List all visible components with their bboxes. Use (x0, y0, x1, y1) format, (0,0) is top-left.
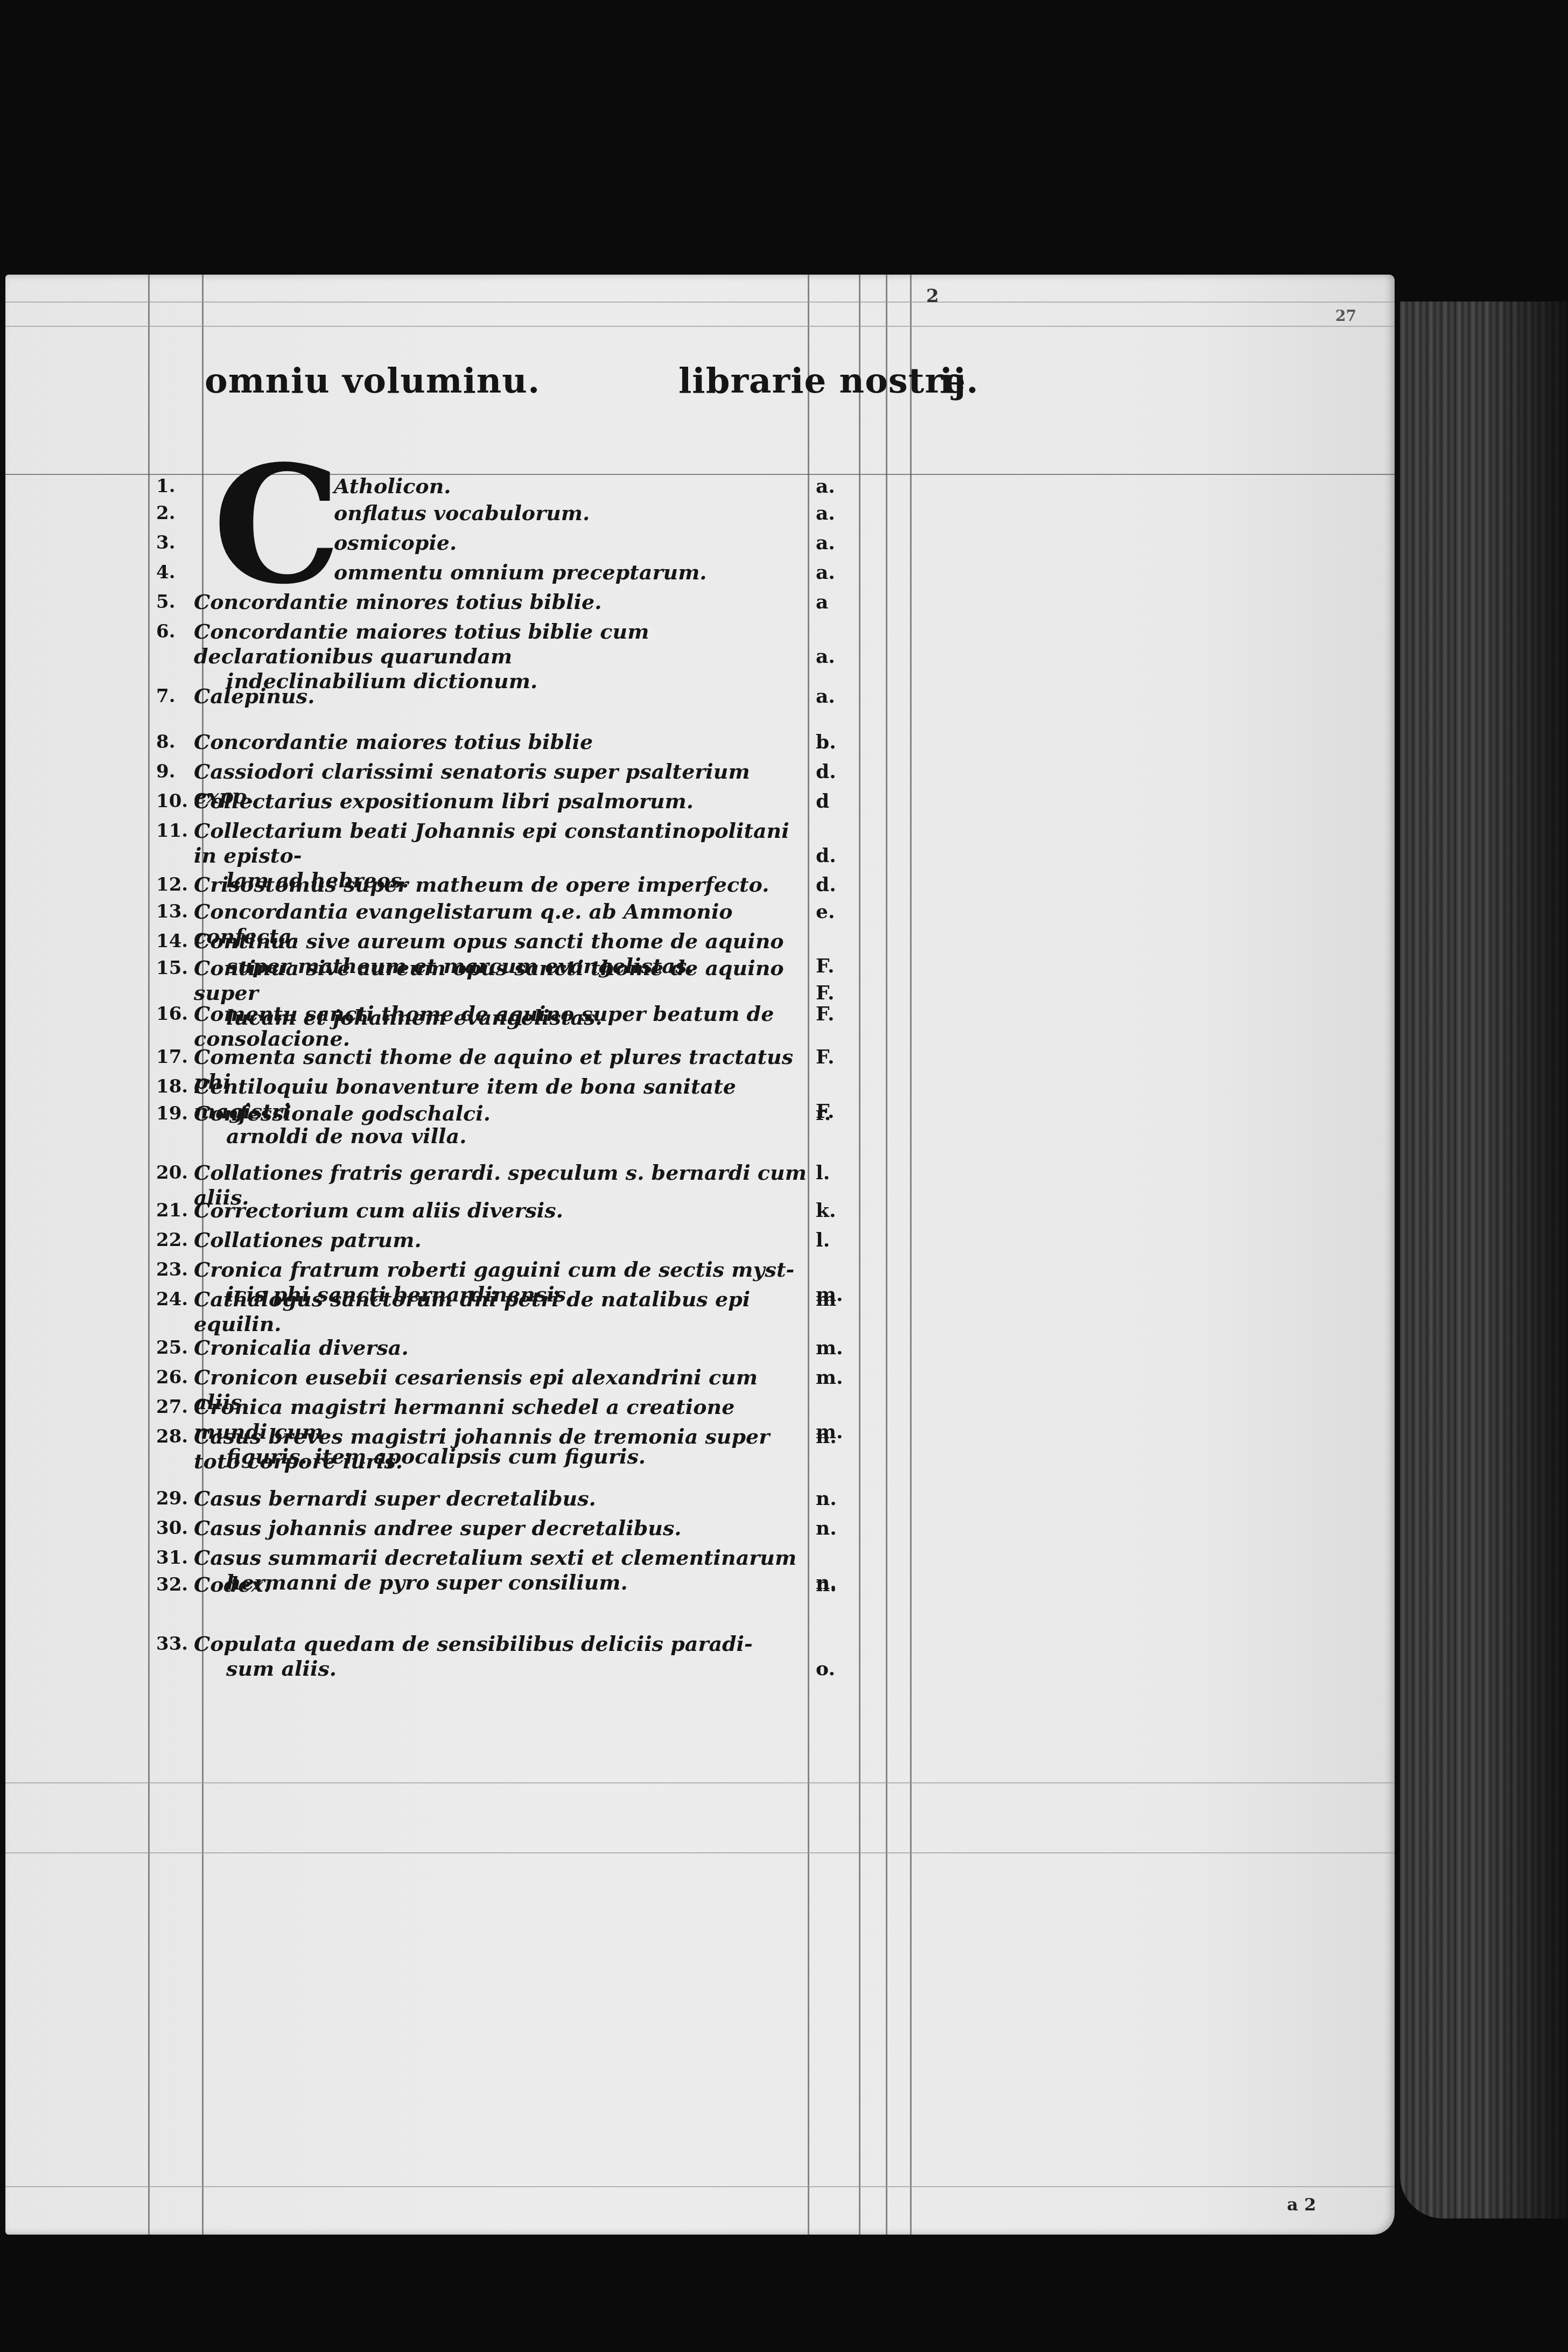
entry-number: 17. (156, 1045, 194, 1069)
entry-title-line: Comentu sancti thome de aquino super bea… (194, 1002, 774, 1051)
ruling-far-right-1 (886, 275, 887, 2235)
entry-title: Collationes patrum. (194, 1228, 813, 1252)
entry-title-line: Continua sive aureum opus sancti thome d… (194, 956, 784, 1005)
shelf-mark: a. (816, 474, 859, 499)
entry-title-line: Casus johannis andree super decretalibus… (194, 1516, 682, 1540)
entry-title: Concordantie maiores totius biblie cum d… (194, 619, 813, 694)
entry-title-line: Copulata quedam de sensibilibus deliciis… (194, 1632, 753, 1656)
entry-number: 6. (156, 619, 194, 644)
ruling-bottom-1 (5, 1782, 1395, 1783)
entry-title: Collectarius expositionum libri psalmoru… (194, 789, 813, 814)
entry-title-continuation: sum aliis. (194, 1656, 813, 1681)
entry-number: 26. (156, 1365, 194, 1390)
shelf-mark: r. (816, 1101, 859, 1126)
entry-title: Crisostomus super matheum de opere imper… (194, 872, 813, 897)
entry-number: 14. (156, 929, 194, 954)
entry-title-line: Correctorium cum aliis diversis. (194, 1198, 563, 1222)
entry-number: 10. (156, 789, 194, 814)
entry-title: Cathalogus sanctorum dni petri de natali… (194, 1287, 813, 1336)
shelf-mark: o. (816, 1656, 859, 1681)
entry-number: 28. (156, 1424, 194, 1449)
entry-title: osmicopie. (334, 530, 818, 555)
shelf-mark: F. (816, 954, 859, 978)
entry-number: 20. (156, 1160, 194, 1185)
entry-title: Casus bernardi super decretalibus. (194, 1486, 813, 1511)
shelf-mark: m. (816, 1335, 859, 1360)
shelf-mark: m (816, 1287, 859, 1312)
shelf-mark: l. (816, 1160, 859, 1185)
entry-title: Cronicalia diversa. (194, 1335, 813, 1360)
entry-number: 3. (156, 530, 194, 555)
entry-title-line: Concordantie minores totius biblie. (194, 590, 601, 614)
shelf-mark: e. (816, 899, 859, 924)
entry-title-line: Collectarius expositionum libri psalmoru… (194, 789, 694, 813)
entry-title: Codex. (194, 1572, 813, 1597)
entry-number: 9. (156, 759, 194, 784)
entry-title-line: osmicopie. (334, 530, 457, 555)
shelf-mark: k. (816, 1198, 859, 1223)
header-right: librarie nostre (678, 361, 966, 401)
entry-number: 15. (156, 956, 194, 981)
entry-number: 12. (156, 872, 194, 897)
shelf-mark: b. (816, 730, 859, 754)
shelf-mark: a. (816, 684, 859, 709)
shelf-mark: a. (816, 501, 859, 526)
entry-title: Comentu sancti thome de aquino super bea… (194, 1002, 813, 1051)
ruling-top-2 (5, 326, 1395, 327)
entry-number: 24. (156, 1287, 194, 1312)
entry-title-line: Continua sive aureum opus sancti thome d… (194, 929, 784, 953)
shelf-mark: l. (816, 1228, 859, 1252)
entry-title-line: Casus bernardi super decretalibus. (194, 1486, 596, 1510)
entry-number: 13. (156, 899, 194, 924)
shelf-mark: n. (816, 1516, 859, 1541)
entry-title-line: Cronicalia diversa. (194, 1335, 409, 1360)
entry-title: Casus breves magistri johannis de tremon… (194, 1424, 813, 1474)
entry-number: 16. (156, 1002, 194, 1026)
entry-number: 30. (156, 1516, 194, 1541)
entry-title: Concordantie minores totius biblie. (194, 590, 813, 614)
entry-number: 7. (156, 684, 194, 709)
entry-number: 19. (156, 1101, 194, 1126)
header-gloss: ij. (940, 361, 979, 401)
shelf-mark: a. (816, 644, 859, 669)
entry-title-line: Cathalogus sanctorum dni petri de natali… (194, 1287, 750, 1336)
folio-number-top: 2 (926, 285, 939, 307)
entry-title: Confessionale godschalci. (194, 1101, 813, 1126)
shelf-mark: d. (816, 843, 859, 868)
entry-number: 5. (156, 590, 194, 614)
entry-number: 29. (156, 1486, 194, 1511)
entry-number: 18. (156, 1074, 194, 1099)
ruling-bottom-3 (5, 2186, 1395, 2187)
entry-title-line: Crisostomus super matheum de opere imper… (194, 872, 769, 897)
entry-title: Copulata quedam de sensibilibus deliciis… (194, 1632, 813, 1681)
entry-title-line: Calepinus. (194, 684, 314, 708)
entry-title-continuation: arnoldi de nova villa. (194, 1124, 813, 1149)
entry-title-line: Codex. (194, 1572, 270, 1597)
entry-number: 22. (156, 1228, 194, 1252)
entry-title-line: onflatus vocabulorum. (334, 501, 590, 525)
shelf-mark: n. (816, 1424, 859, 1449)
shelf-mark: a (816, 590, 859, 614)
shelf-mark: d. (816, 872, 859, 897)
decorated-initial-c: C (213, 463, 326, 587)
entry-number: 27. (156, 1395, 194, 1419)
shelf-mark: m. (816, 1365, 859, 1390)
entry-number: 2. (156, 501, 194, 526)
entry-title-line: ommentu omnium preceptarum. (334, 560, 707, 584)
entry-number: 8. (156, 730, 194, 754)
ruling-shelf-right (859, 275, 860, 2235)
signature-mark: a 2 (1287, 2194, 1316, 2215)
entry-number: 33. (156, 1632, 194, 1656)
shelf-mark: F. (816, 1045, 859, 1069)
ruling-left-inner (202, 275, 204, 2235)
header-left: omniu voluminu. (205, 361, 540, 401)
entry-title: Calepinus. (194, 684, 813, 709)
entry-title-line: Concordantie maiores totius biblie cum d… (194, 619, 649, 668)
ruling-far-right-2 (910, 275, 912, 2235)
entry-title: onflatus vocabulorum. (334, 501, 818, 526)
shelf-mark: d. (816, 759, 859, 784)
entry-title-line: Confessionale godschalci. (194, 1101, 491, 1125)
entry-title: Casus johannis andree super decretalibus… (194, 1516, 813, 1541)
entry-title-line: Atholicon. (334, 474, 451, 498)
entry-title-line: Concordantie maiores totius biblie (194, 730, 593, 754)
entry-number: 21. (156, 1198, 194, 1223)
entry-title-line: Cronica fratrum roberti gaguini cum de s… (194, 1257, 794, 1282)
entry-title-line: Casus summarii decretalium sexti et clem… (194, 1545, 796, 1570)
shelf-mark: F. (816, 1002, 859, 1026)
entry-title: Correctorium cum aliis diversis. (194, 1198, 813, 1223)
entry-title-line: Collationes patrum. (194, 1228, 422, 1252)
entry-number: 1. (156, 474, 194, 499)
entry-number: 32. (156, 1572, 194, 1597)
entry-title: ommentu omnium preceptarum. (334, 560, 818, 585)
book-edge-shadow (1486, 302, 1568, 2218)
entry-title: Atholicon. (334, 474, 818, 499)
entry-number: 25. (156, 1335, 194, 1360)
shelf-mark: n. (816, 1572, 859, 1597)
shelf-mark: n. (816, 1486, 859, 1511)
folio-number-corner: 27 (1335, 307, 1356, 325)
ruling-bottom-2 (5, 1852, 1395, 1853)
entry-number: 31. (156, 1545, 194, 1570)
shelf-mark: a. (816, 530, 859, 555)
shelf-mark: a. (816, 560, 859, 585)
ruling-top-1 (5, 302, 1395, 303)
entry-number: 11. (156, 818, 194, 843)
entry-title-line: Casus breves magistri johannis de tremon… (194, 1424, 769, 1473)
entry-number: 4. (156, 560, 194, 585)
entry-number: 23. (156, 1257, 194, 1282)
entry-title-line: Collectarium beati Johannis epi constant… (194, 818, 789, 867)
shelf-mark: d (816, 789, 859, 814)
entry-title: Concordantie maiores totius biblie (194, 730, 813, 754)
ruling-left-outer (148, 275, 150, 2235)
